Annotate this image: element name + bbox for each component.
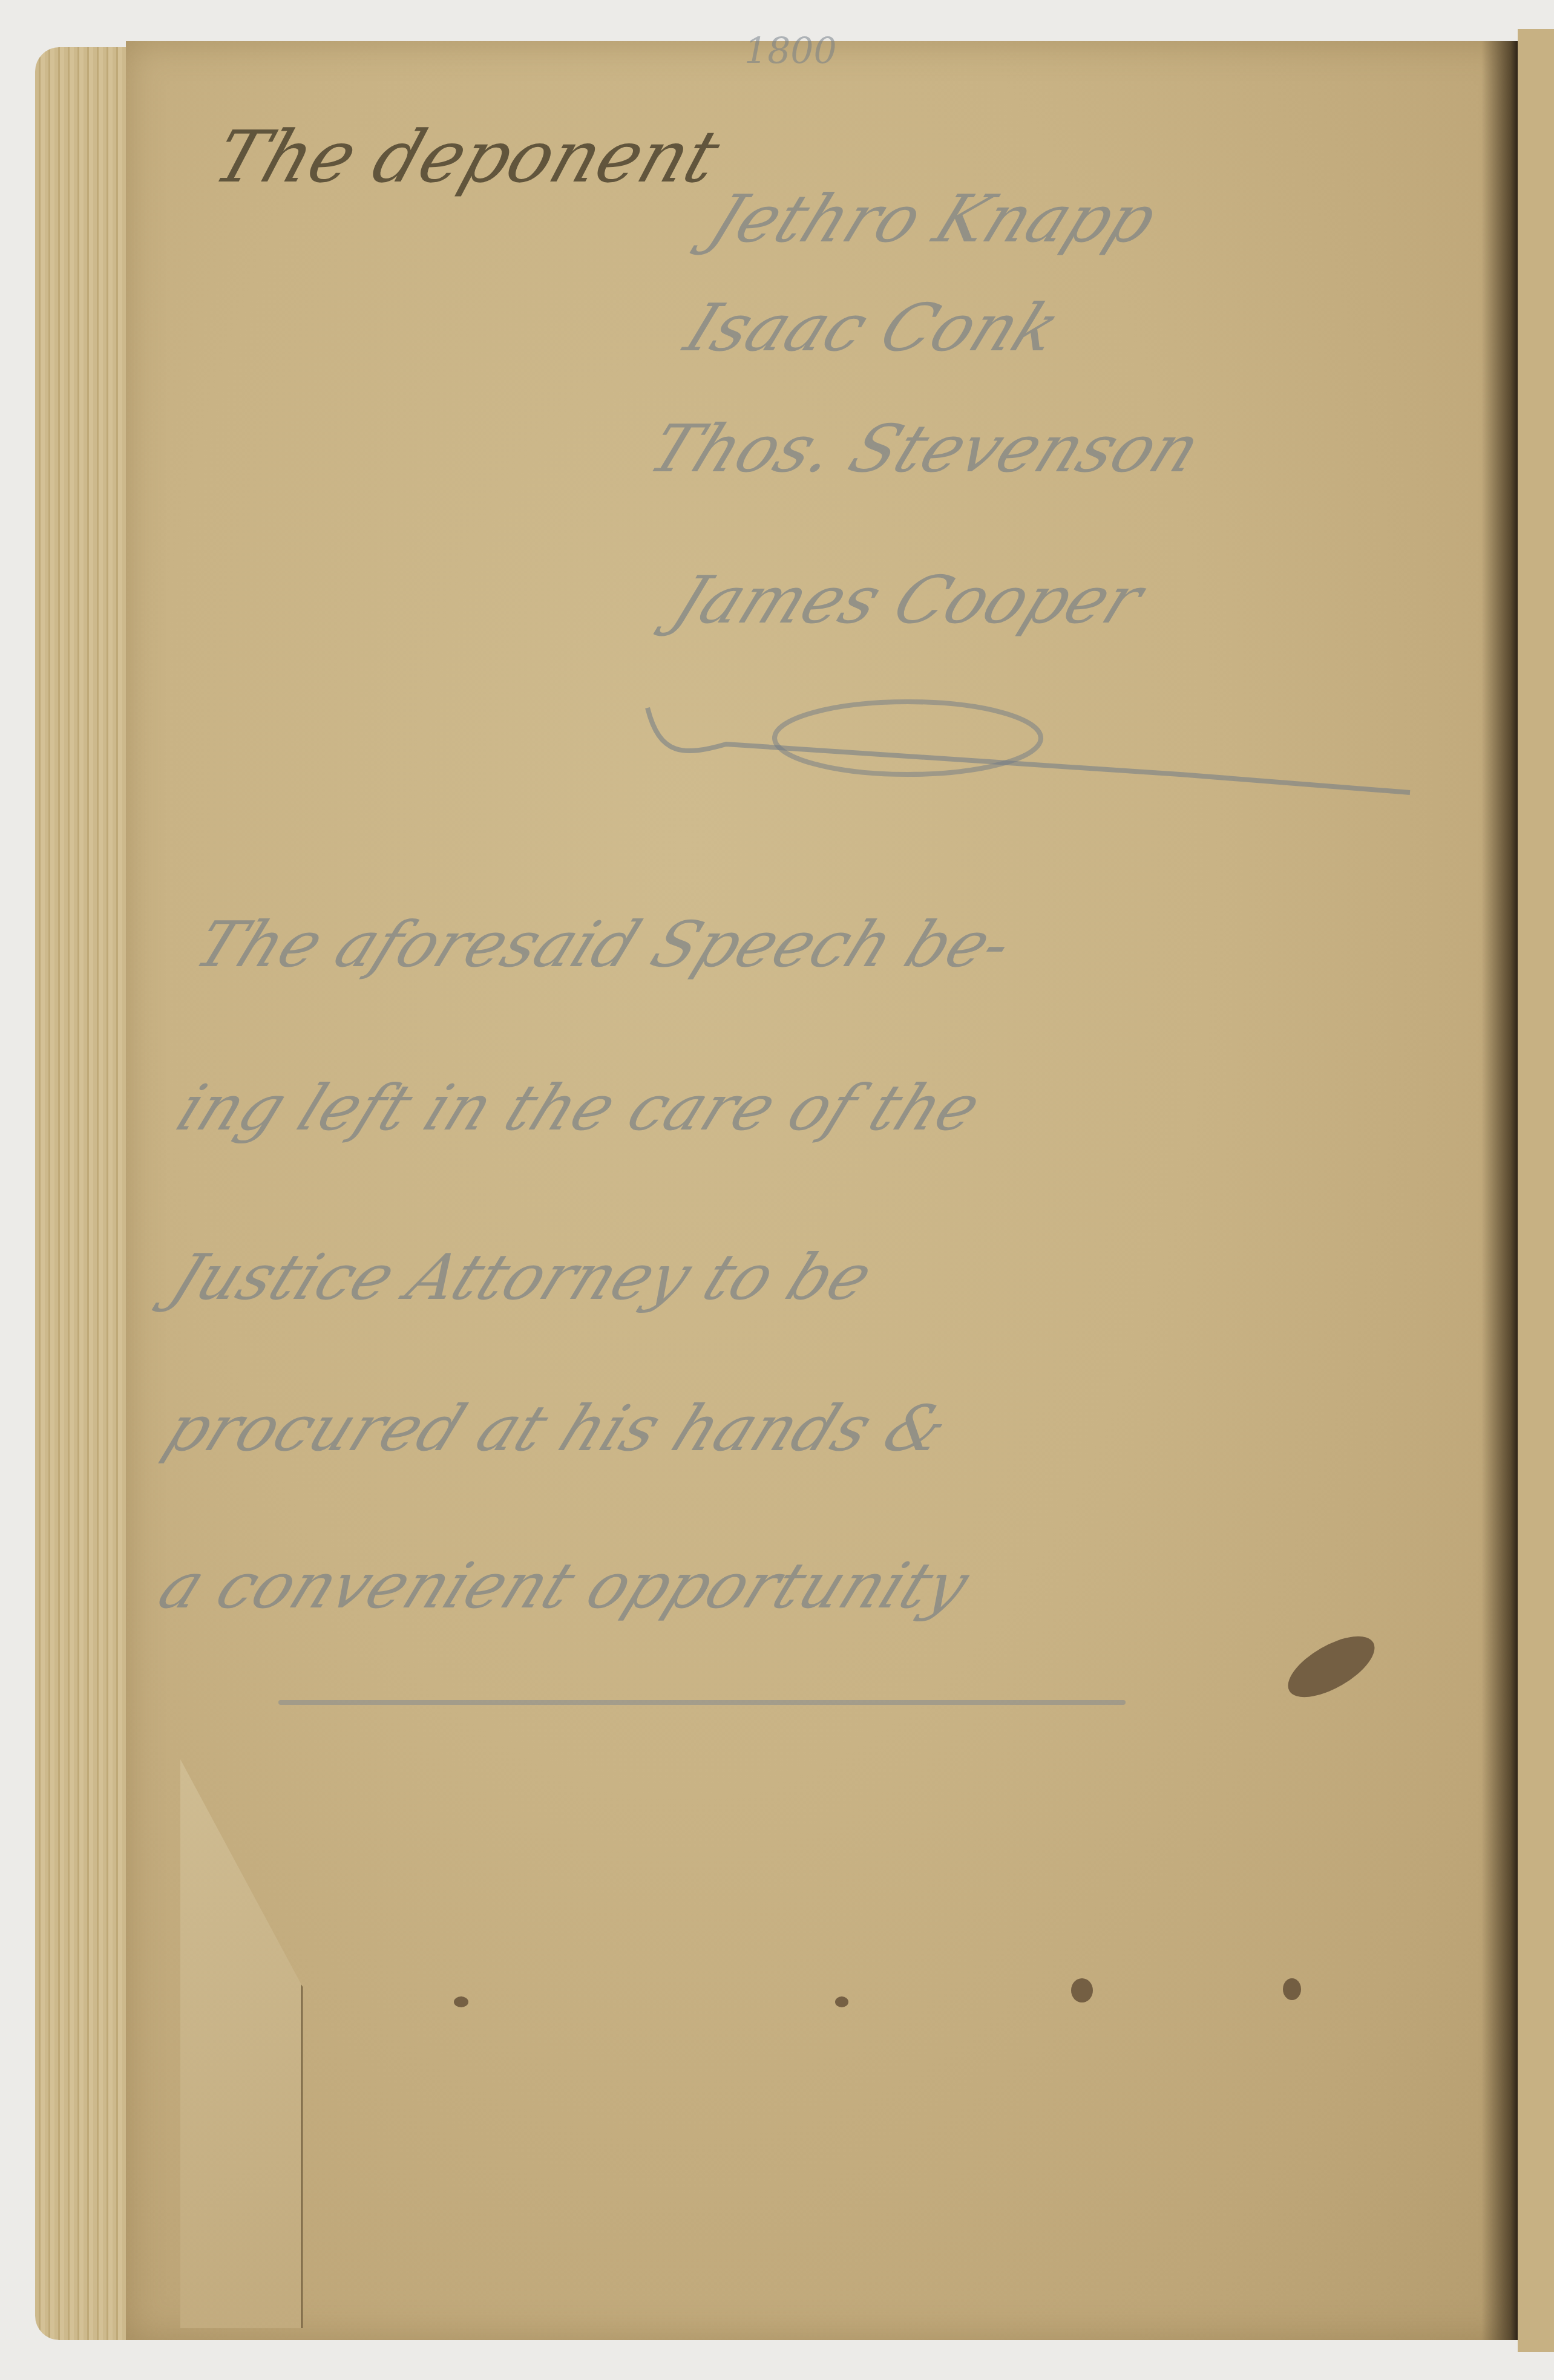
binding-gutter	[1481, 41, 1518, 2340]
page-mark: 1800	[744, 30, 837, 73]
pencil-rule	[278, 1700, 1126, 1705]
paragraph-line-5: a convenient opportunity	[148, 1549, 980, 1623]
ink-spot	[835, 1996, 848, 2007]
ink-heading: The deponent	[205, 115, 730, 198]
notebook-scan	[35, 29, 1530, 2352]
signature-3: Thos. Stevenson	[638, 411, 1211, 487]
page-edges	[35, 47, 138, 2340]
ink-spot	[1283, 1978, 1301, 2000]
paragraph-line-4: procured at his hands &	[154, 1391, 959, 1465]
ink-spot	[454, 1996, 468, 2007]
manuscript-page	[126, 41, 1518, 2340]
signature-4: James Cooper	[663, 563, 1154, 638]
signature-flourish	[635, 684, 1422, 805]
ink-spot	[1071, 1978, 1093, 2002]
paragraph-line-3: Justice Attorney to be	[160, 1240, 883, 1314]
signature-1: Jethro Knapp	[699, 181, 1168, 257]
facing-page-edge	[1518, 29, 1554, 2352]
paragraph-line-1: The aforesaid Speech be-	[185, 907, 1023, 981]
signature-2: Isaac Conk	[675, 290, 1071, 366]
paragraph-line-2: ing left in the care of the	[166, 1071, 991, 1145]
